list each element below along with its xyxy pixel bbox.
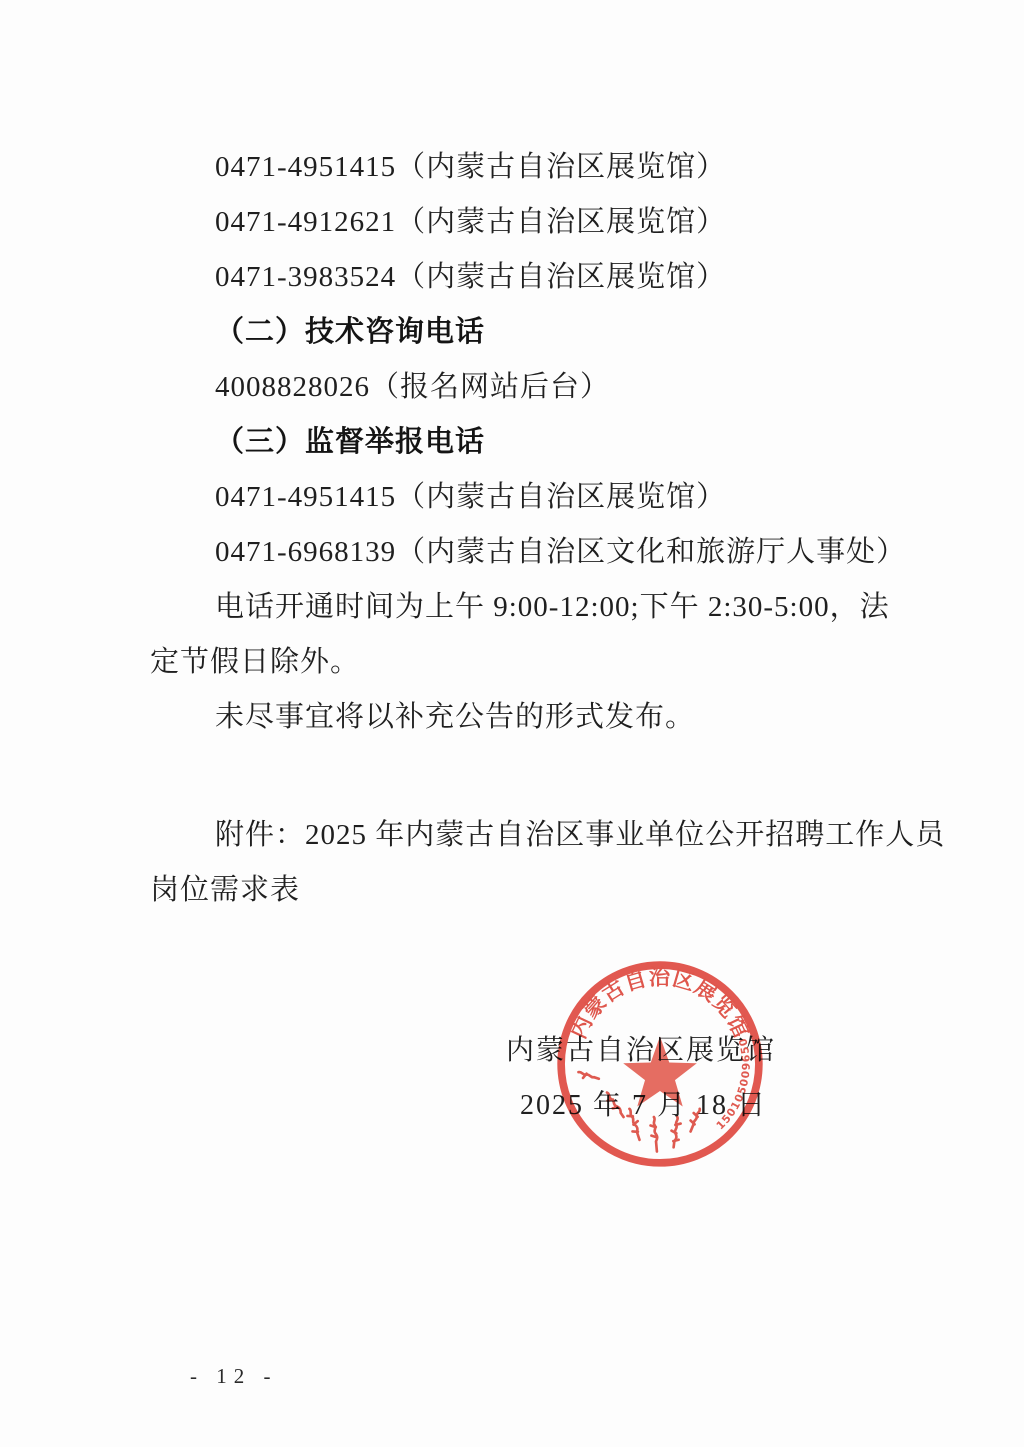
body-line-hotline: 4008828026（报名网站后台）	[215, 370, 955, 404]
body-line-phone-1: 0471-4951415（内蒙古自治区展览馆）	[215, 150, 955, 184]
document-page: 0471-4951415（内蒙古自治区展览馆） 0471-4912621（内蒙古…	[0, 0, 1024, 1447]
stamp-star-icon	[623, 1036, 697, 1106]
page-number: - 12 -	[190, 1364, 278, 1389]
section-heading-3: （三）监督举报电话	[215, 425, 955, 459]
body-line-hours-2: 定节假日除外。	[150, 645, 890, 679]
body-line-supplement: 未尽事宜将以补充公告的形式发布。	[215, 700, 955, 734]
attachment-line-1: 附件：2025 年内蒙古自治区事业单位公开招聘工作人员	[215, 818, 955, 852]
body-line-phone-5: 0471-6968139（内蒙古自治区文化和旅游厅人事处）	[215, 535, 955, 569]
svg-text:内蒙古自治区展览馆: 内蒙古自治区展览馆	[565, 964, 754, 1042]
section-heading-2: （二）技术咨询电话	[215, 315, 955, 349]
stamp-arc-text: 内蒙古自治区展览馆	[565, 964, 754, 1042]
attachment-line-2: 岗位需求表	[150, 873, 890, 907]
official-seal-stamp: 内蒙古自治区展览馆 1501050096508	[554, 958, 766, 1170]
body-line-hours-1: 电话开通时间为上午 9:00-12:00;下午 2:30-5:00，法	[215, 590, 955, 624]
body-line-phone-2: 0471-4912621（内蒙古自治区展览馆）	[215, 205, 955, 239]
body-line-phone-4: 0471-4951415（内蒙古自治区展览馆）	[215, 480, 955, 514]
body-line-phone-3: 0471-3983524（内蒙古自治区展览馆）	[215, 260, 955, 294]
